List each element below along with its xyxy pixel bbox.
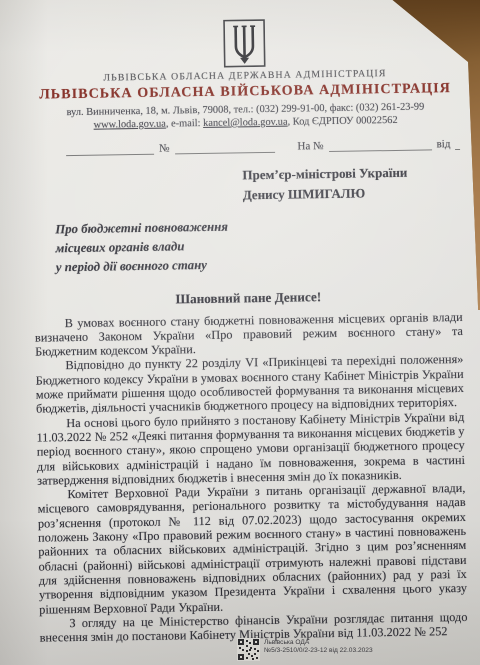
on-number-blank-line — [328, 136, 431, 152]
registration-stamp: Львівська ОДА №5/3-2510/0/2-23-12 від 22… — [237, 638, 373, 661]
letter-content: ЛЬВІВСЬКА ОБЛАСНА ДЕРЖАВНА АДМІНІСТРАЦІЯ… — [30, 16, 468, 645]
website-link: www.loda.gov.ua — [94, 119, 166, 131]
paragraph: Комітет Верховної Ради України з питань … — [37, 481, 467, 616]
date-blank-line — [66, 141, 154, 156]
contact-separator: , e-mail: — [166, 118, 203, 130]
paragraph: В умовах воєнного стану бюджетні повнова… — [35, 309, 464, 359]
stamp-reference-number: №5/3-2510/0/2-23-12 від 22.03.2023 — [264, 647, 373, 655]
email-link: kancel@loda.gov.ua — [203, 117, 288, 129]
subject-line: у період дії воєнного стану — [56, 255, 306, 278]
from-date-blank-line — [455, 136, 460, 150]
recipient-block: Прем’єр-міністрові України Денису ШМИГАЛ… — [242, 162, 461, 204]
on-number-label: На № — [297, 140, 323, 152]
edrpou-code: , Код ЄДРПОУ 00022562 — [287, 115, 397, 128]
subject-block: Про бюджетні повноваження місцевих орган… — [55, 216, 306, 277]
number-label: № — [159, 143, 170, 155]
reference-number-fields: № На № від — [32, 135, 460, 157]
scanned-letter-photo: ЛЬВІВСЬКА ОБЛАСНА ДЕРЖАВНА АДМІНІСТРАЦІЯ… — [0, 0, 480, 665]
recipient-name: Денису ШМИГАЛЮ — [243, 181, 461, 204]
organization-name: ЛЬВІВСЬКА ОБЛАСНА ВІЙСЬКОВА АДМІНІСТРАЦІ… — [31, 81, 459, 104]
number-blank-line — [174, 139, 274, 155]
paper-sheet: ЛЬВІВСЬКА ОБЛАСНА ДЕРЖАВНА АДМІНІСТРАЦІЯ… — [0, 0, 480, 665]
qr-code-icon — [237, 638, 260, 661]
paragraph: На основі цього було прийнято з постанов… — [36, 410, 465, 488]
stamp-organization: Львівська ОДА — [264, 639, 373, 647]
from-label: від — [436, 138, 450, 150]
paragraph: Відповідно до пункту 22 розділу VI «Прик… — [35, 352, 464, 416]
letter-body: В умовах воєнного стану бюджетні повнова… — [35, 309, 468, 645]
salutation: Шановний пане Денисе! — [34, 286, 462, 309]
ukraine-trident-icon — [223, 19, 266, 68]
